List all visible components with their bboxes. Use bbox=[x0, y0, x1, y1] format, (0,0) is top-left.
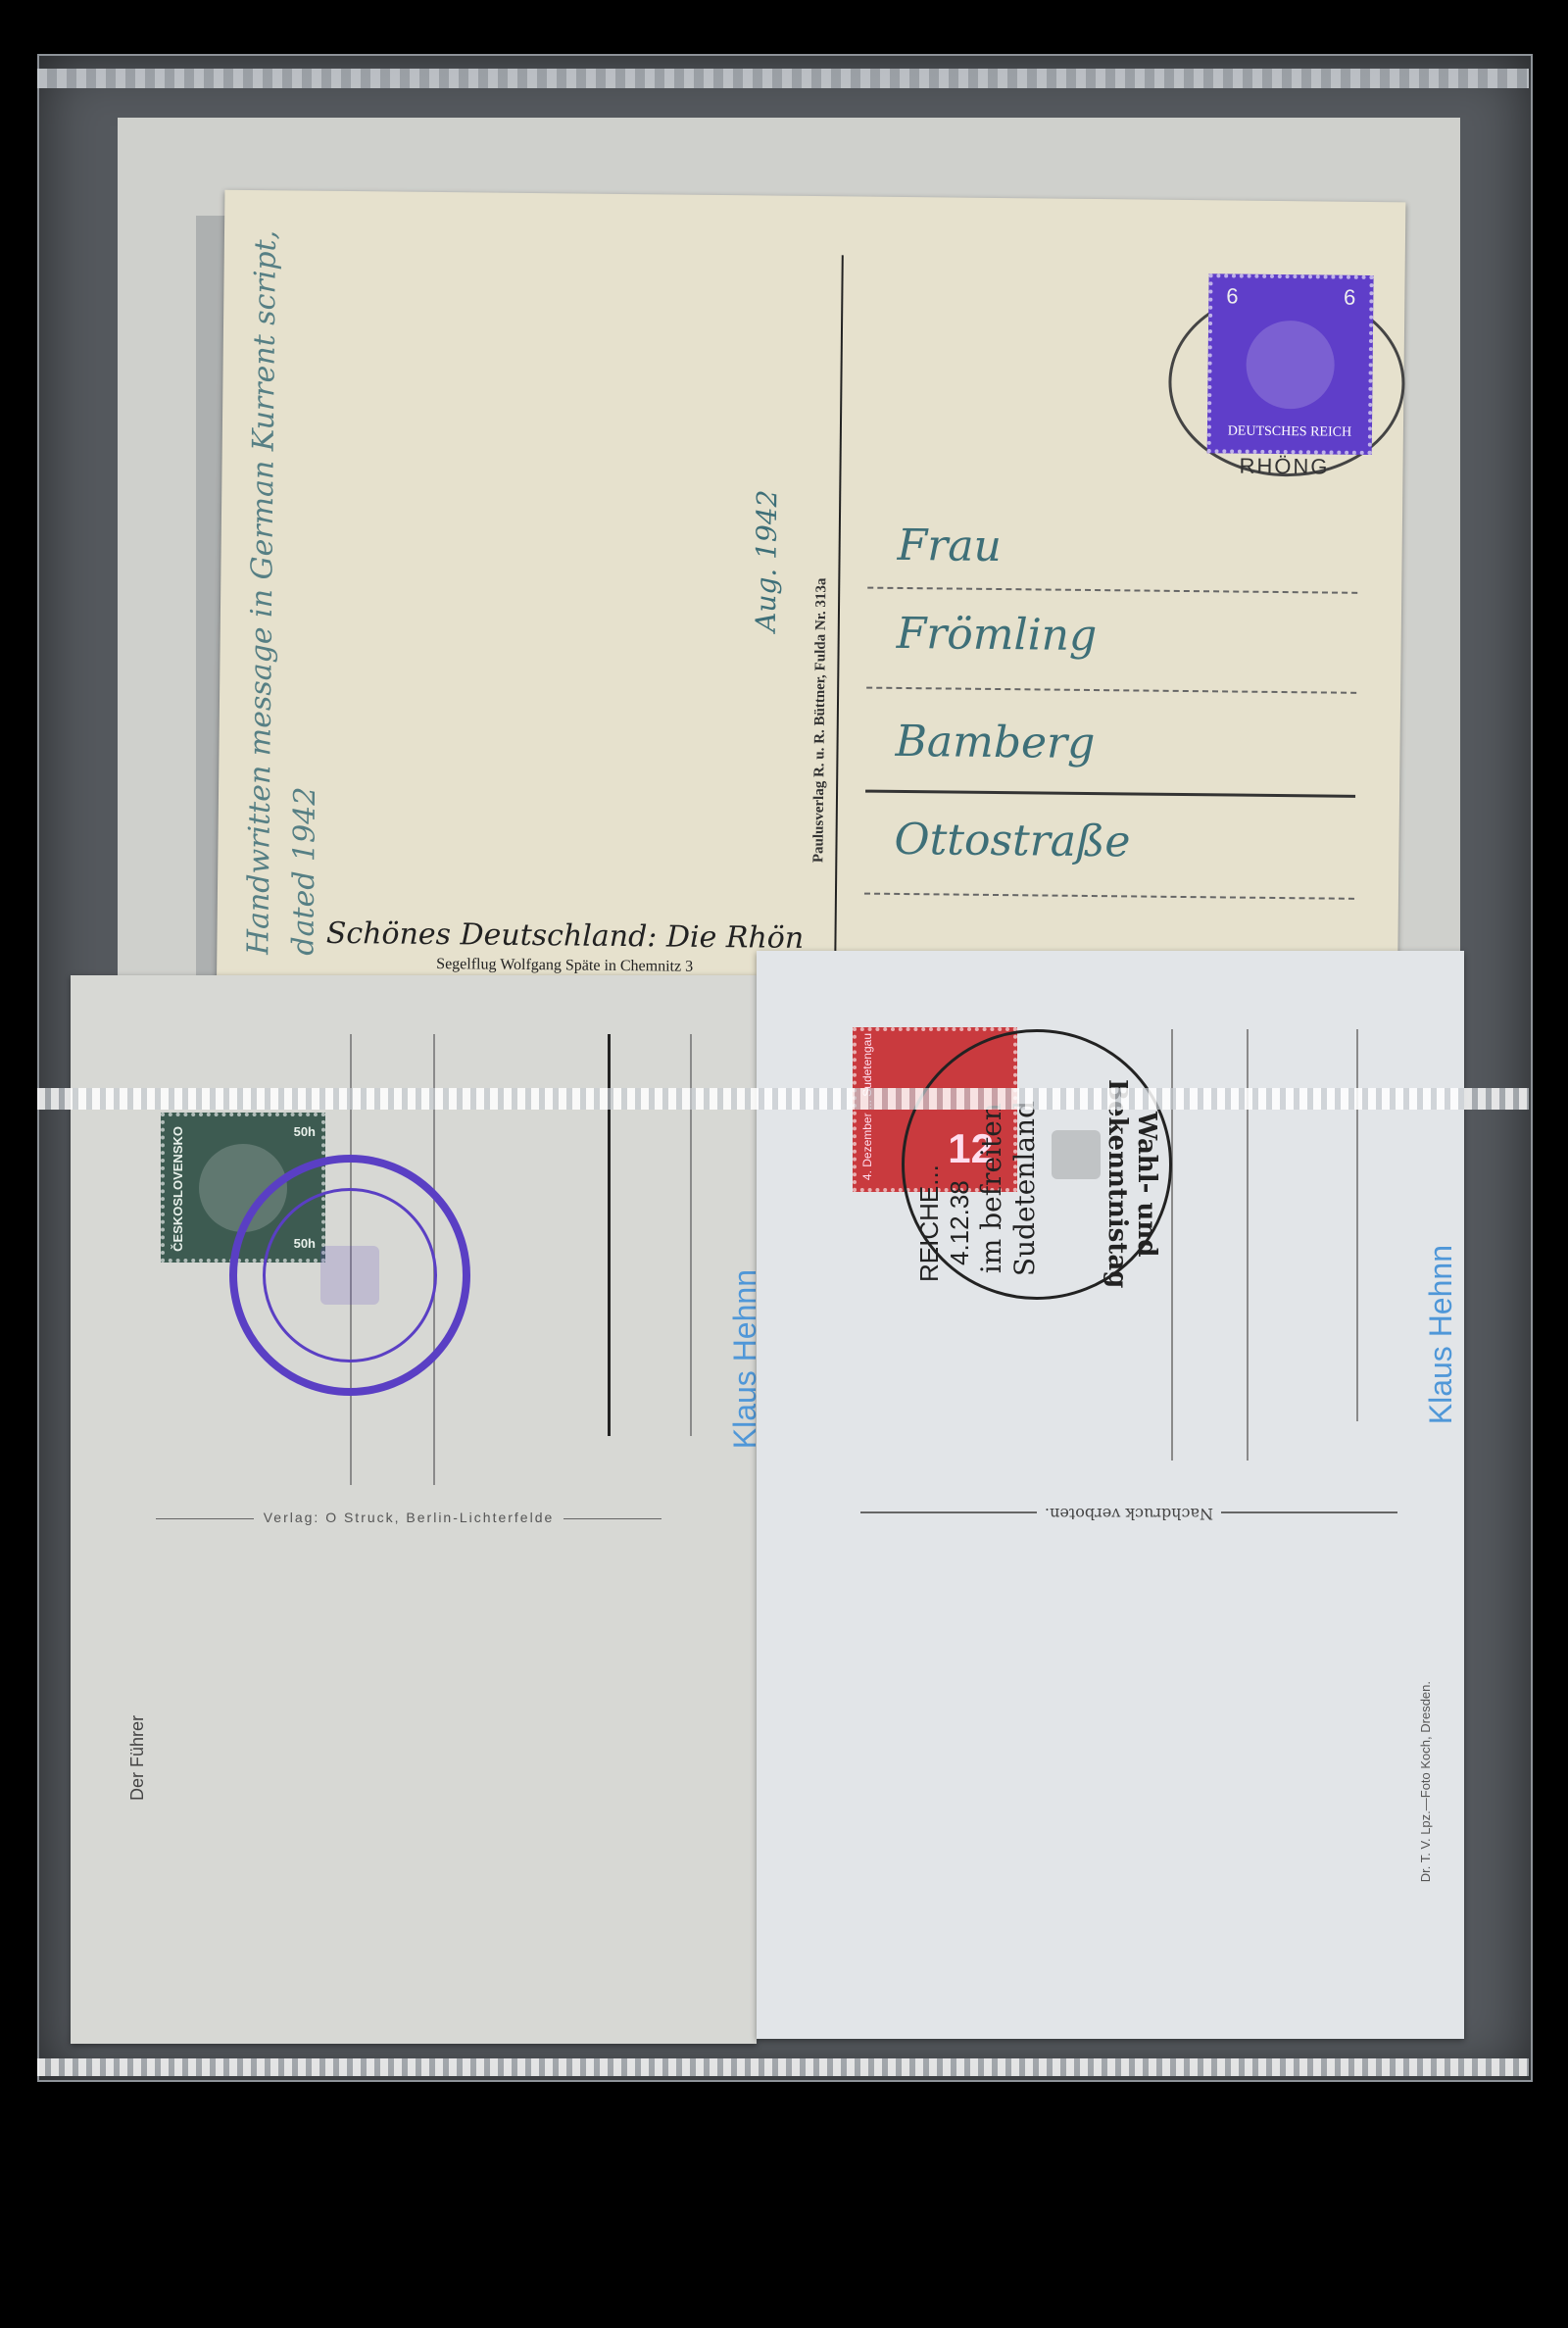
stamp-value: 50h bbox=[294, 1124, 316, 1139]
photo-credit: Dr. T. V. Lpz.—Foto Koch, Dresden. bbox=[1418, 1681, 1433, 1882]
publisher-imprint: Verlag: O Struck, Berlin-Lichterfelde bbox=[75, 1510, 742, 1525]
postmark-inner-text: im befreiten Sudetenland bbox=[975, 1101, 1042, 1276]
postcard-rhoen: Handwritten message in German Kurrent sc… bbox=[217, 190, 1406, 1031]
reprint-text: Nachdruck verboten. bbox=[1045, 1505, 1213, 1523]
address-line-1: Frau bbox=[897, 520, 1002, 571]
date-written: Aug. 1942 bbox=[750, 489, 784, 632]
handwritten-message: Handwritten message in German Kurrent sc… bbox=[236, 210, 812, 961]
sleeve-bottom-edge bbox=[37, 2058, 1529, 2076]
address-rule bbox=[866, 687, 1356, 694]
address-line-2: Frömling bbox=[896, 609, 1097, 661]
postcard-left: ČESKOSLOVENSKO 50h 50h Verlag: O Struck,… bbox=[71, 975, 757, 2044]
card-title: Der Führer bbox=[127, 1715, 148, 1801]
postcard-right: 4. Dezember ... Sudetengau 12 REICHE... … bbox=[757, 951, 1464, 2039]
postage-stamp-purple: 6 6 DEUTSCHES REICH bbox=[1207, 273, 1374, 455]
emblem-placeholder-icon bbox=[1052, 1130, 1101, 1179]
sleeve-divider-strip bbox=[37, 1088, 1529, 1110]
violet-handstamp bbox=[229, 1155, 470, 1396]
stamp-country: DEUTSCHES REICH bbox=[1211, 423, 1368, 441]
caption-subtitle: Segelflug Wolfgang Späte in Chemnitz 3 bbox=[319, 955, 809, 977]
stamp-value: 6 bbox=[1344, 285, 1356, 311]
card-caption: Schönes Deutschland: Die Rhön Segelflug … bbox=[319, 916, 810, 977]
handstamp-inner-ring bbox=[263, 1188, 437, 1362]
stamp-country: ČESKOSLOVENSKO bbox=[171, 1126, 185, 1252]
postmark-text: RHÖNG bbox=[1239, 454, 1329, 480]
address-divider bbox=[834, 255, 843, 951]
rule bbox=[1221, 1512, 1397, 1514]
owner-mark: Klaus Hehnn bbox=[1423, 1245, 1459, 1424]
commemorative-postmark: REICHE... 4.12.38 im befreiten Sudetenla… bbox=[902, 1029, 1172, 1300]
rule bbox=[860, 1512, 1037, 1514]
postmark-place: REICHE... 4.12.38 bbox=[914, 1150, 975, 1297]
rule bbox=[156, 1518, 254, 1519]
stamp-value: 6 bbox=[1226, 283, 1239, 309]
sleeve-top-edge bbox=[37, 69, 1529, 88]
address-rule bbox=[867, 587, 1357, 594]
portrait-placeholder-icon bbox=[1246, 320, 1335, 409]
publisher-imprint: Paulusverlag R. u. R. Büttner, Fulda Nr.… bbox=[810, 392, 832, 863]
address-rule bbox=[865, 790, 1355, 798]
reprint-notice: Nachdruck verboten. bbox=[850, 1505, 1408, 1523]
address-line-3: Bamberg bbox=[895, 717, 1095, 768]
rule bbox=[563, 1518, 661, 1519]
publisher-text: Verlag: O Struck, Berlin-Lichterfelde bbox=[264, 1510, 555, 1525]
address-line-4: Ottostraße bbox=[894, 815, 1130, 867]
address-rule bbox=[864, 893, 1354, 900]
caption-title: Schönes Deutschland: Die Rhön bbox=[319, 916, 809, 956]
